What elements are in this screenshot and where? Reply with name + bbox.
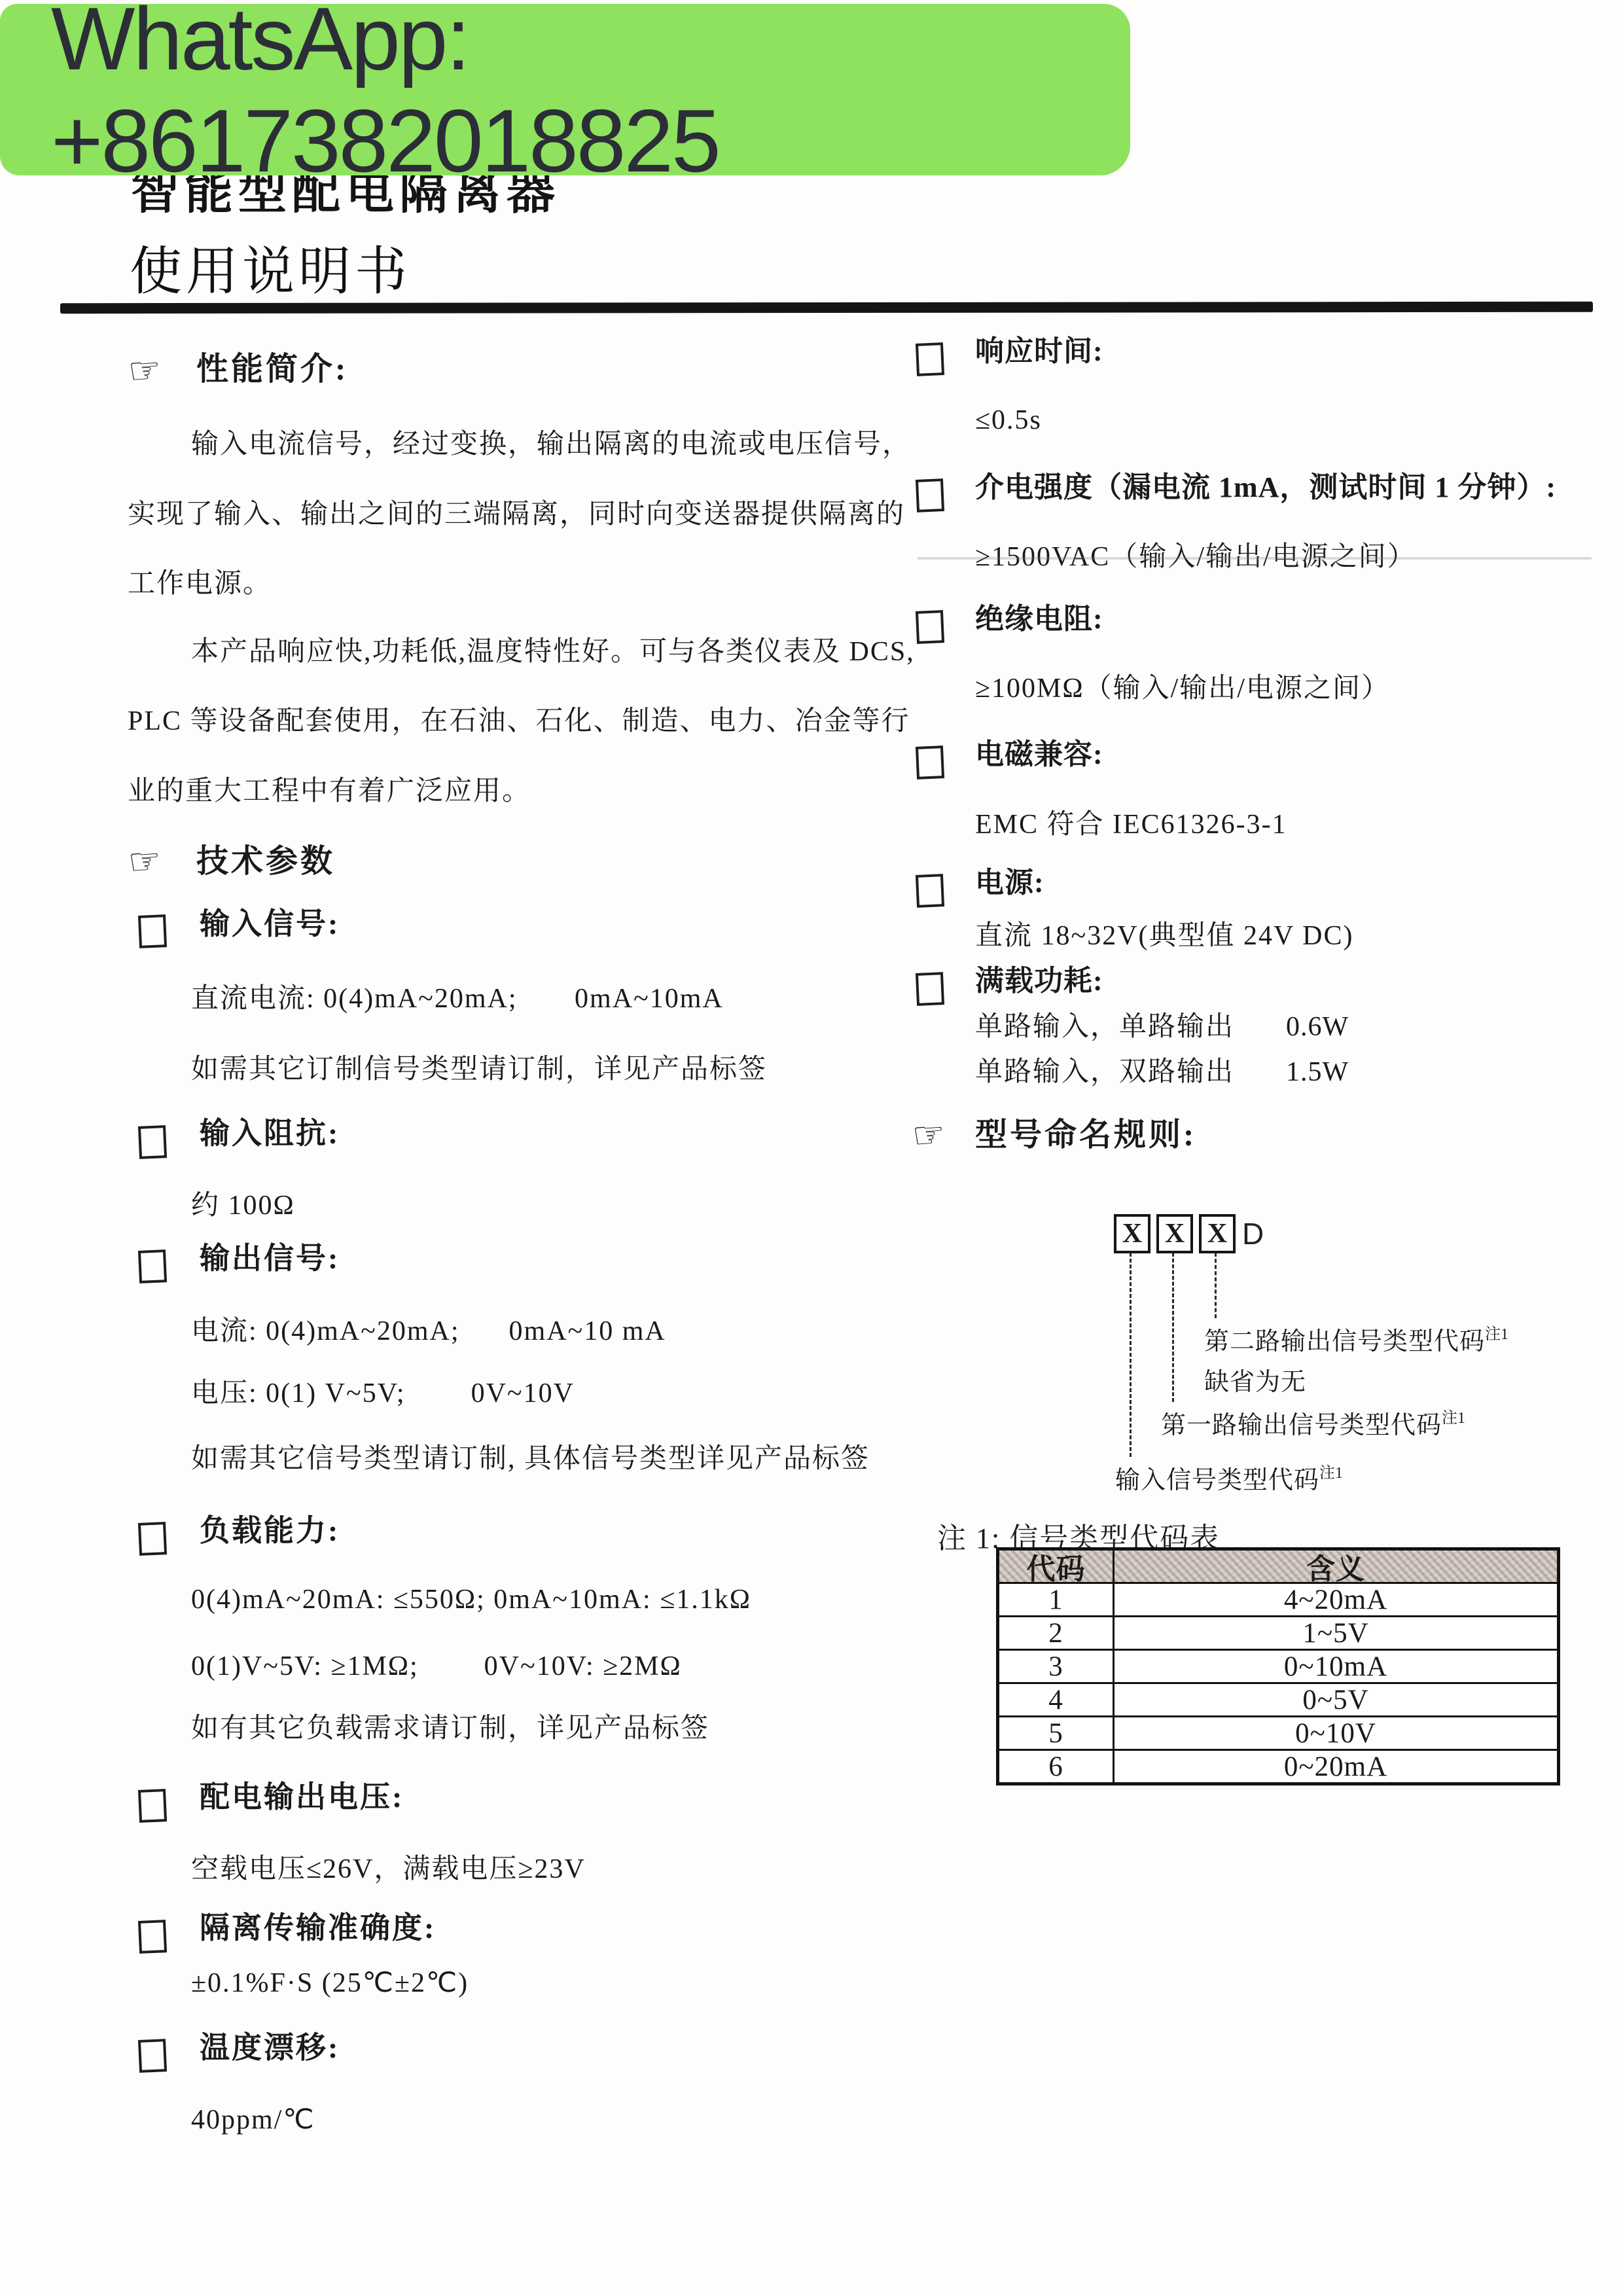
hand-icon: ☞	[127, 348, 163, 393]
table-cell-meaning: 4~20mA	[1115, 1584, 1557, 1617]
section-heading-performance: 性能简介:	[196, 351, 348, 387]
performance-line: 输入电流信号，经过变换，输出隔离的电流或电压信号，	[191, 429, 911, 460]
checkbox-icon	[916, 610, 944, 644]
table-cell-code: 5	[999, 1717, 1115, 1751]
section-heading-tech-params: 技术参数	[196, 843, 335, 880]
model-code-box: X	[1199, 1214, 1236, 1253]
spec-label: 输入信号:	[200, 907, 340, 942]
table-cell-meaning: 0~10V	[1115, 1717, 1557, 1751]
whatsapp-banner: WhatsApp: +8617382018825	[0, 4, 1130, 175]
spec-line: 40ppm/℃	[191, 2104, 315, 2136]
spec-line: 单路输入，双路输出	[975, 1056, 1234, 1088]
spec-value: 1.5W	[1286, 1056, 1349, 1088]
checkbox-icon	[916, 972, 944, 1006]
table-cell-meaning: 0~5V	[1115, 1684, 1557, 1717]
spec-line: EMC 符合 IEC61326-3-1	[975, 809, 1287, 840]
diagram-label-input: 输入信号类型代码注1	[1115, 1460, 1343, 1496]
diagram-label-text: 第一路输出信号类型代码	[1161, 1412, 1442, 1439]
spec-label: 绝缘电阻:	[975, 603, 1103, 636]
spec-line: 如需其它信号类型请订制, 具体信号类型详见产品标签	[191, 1443, 870, 1475]
spec-value: 0.6W	[1286, 1011, 1349, 1043]
table-header-meaning: 含义	[1115, 1551, 1557, 1584]
spec-label: 配电输出电压:	[200, 1780, 404, 1815]
spec-line: 直流 18~32V(典型值 24V DC)	[975, 920, 1353, 952]
performance-line: 业的重大工程中有着广泛应用。	[128, 776, 531, 807]
checkbox-icon	[138, 1920, 167, 1954]
hand-icon: ☞	[911, 1113, 947, 1157]
diagram-label-default-none: 缺省为无	[1204, 1361, 1306, 1397]
model-code-box: X	[1114, 1214, 1150, 1253]
performance-line: 本产品响应快,功耗低,温度特性好。可与各类仪表及 DCS,	[191, 636, 915, 668]
diagram-leader-line	[1130, 1253, 1132, 1457]
spec-label: 隔离传输准确度:	[200, 1911, 436, 1946]
spec-label: 介电强度（漏电流 1mA，测试时间 1 分钟）:	[975, 471, 1556, 505]
table-cell-code: 1	[999, 1584, 1115, 1617]
scan-streak-artifact	[918, 557, 1592, 560]
spec-label: 负载能力:	[200, 1514, 340, 1549]
section-heading-model-naming: 型号命名规则:	[975, 1117, 1196, 1153]
spec-line: ≤0.5s	[975, 404, 1042, 436]
checkbox-icon	[138, 1125, 167, 1159]
spec-label: 电磁兼容:	[975, 738, 1103, 772]
spec-line: 约 100Ω	[191, 1190, 295, 1221]
table-cell-code: 4	[999, 1684, 1115, 1717]
table-cell-code: 6	[999, 1751, 1115, 1782]
spec-label: 输入阻抗:	[200, 1117, 340, 1151]
diagram-label-first-output: 第一路输出信号类型代码注1	[1161, 1405, 1465, 1441]
checkbox-icon	[138, 1789, 167, 1823]
hand-icon: ☞	[127, 839, 163, 884]
table-cell-meaning: 1~5V	[1115, 1617, 1557, 1651]
diagram-label-text: 第二路输出信号类型代码	[1204, 1328, 1485, 1355]
spec-line: 如需其它订制信号类型请订制，详见产品标签	[191, 1054, 767, 1085]
checkbox-icon	[916, 874, 944, 908]
checkbox-icon	[138, 914, 167, 948]
checkbox-icon	[916, 478, 944, 512]
model-suffix-d: D	[1242, 1216, 1264, 1251]
spec-line: 单路输入，单路输出	[975, 1011, 1234, 1043]
spec-label: 满载功耗:	[975, 965, 1103, 998]
doc-title: 使用说明书	[130, 229, 411, 304]
note-superscript: 注1	[1319, 1465, 1343, 1482]
performance-line: 实现了输入、输出之间的三端隔离，同时向变送器提供隔离的	[128, 499, 905, 530]
whatsapp-number-text: WhatsApp: +8617382018825	[0, 0, 1130, 192]
spec-line: 0(1)V~5V: ≥1MΩ; 0V~10V: ≥2MΩ	[191, 1651, 682, 1682]
spec-line: ±0.1%F·S (25℃±2℃)	[191, 1967, 469, 1999]
spec-line: ≥100MΩ（输入/输出/电源之间）	[975, 673, 1390, 704]
diagram-leader-line	[1172, 1253, 1174, 1402]
table-cell-code: 2	[999, 1617, 1115, 1651]
checkbox-icon	[138, 1522, 167, 1556]
signal-code-table: 代码 含义 1 4~20mA 2 1~5V 3 0~10mA 4 0~5V 5 …	[996, 1547, 1560, 1785]
performance-line: PLC 等设备配套使用，在石油、石化、制造、电力、冶金等行	[128, 706, 910, 737]
spec-label: 响应时间:	[975, 335, 1103, 368]
spec-line: 电流: 0(4)mA~20mA; 0mA~10 mA	[191, 1316, 666, 1347]
spec-line: 0(4)mA~20mA: ≤550Ω; 0mA~10mA: ≤1.1kΩ	[191, 1584, 751, 1615]
diagram-label-text: 输入信号类型代码	[1115, 1467, 1319, 1494]
spec-line: 直流电流: 0(4)mA~20mA; 0mA~10mA	[191, 983, 724, 1014]
note-superscript: 注1	[1442, 1410, 1465, 1427]
checkbox-icon	[916, 342, 944, 376]
model-code-box: X	[1156, 1214, 1193, 1253]
spec-line: 电压: 0(1) V~5V; 0V~10V	[191, 1378, 575, 1409]
table-cell-meaning: 0~10mA	[1115, 1651, 1557, 1684]
diagram-leader-line	[1215, 1253, 1217, 1318]
checkbox-icon	[138, 1249, 167, 1283]
spec-label: 输出信号:	[200, 1242, 340, 1276]
performance-line: 工作电源。	[128, 568, 272, 600]
spec-line: 空载电压≤26V，满载电压≥23V	[191, 1854, 586, 1885]
table-header-code: 代码	[999, 1551, 1115, 1584]
checkbox-icon	[916, 745, 944, 780]
spec-line: 如有其它负载需求请订制，详见产品标签	[191, 1713, 709, 1744]
scanned-manual-page: { "banner": { "text": "WhatsApp: +861738…	[0, 0, 1623, 2296]
spec-label: 电源:	[975, 867, 1044, 900]
table-cell-meaning: 0~20mA	[1115, 1751, 1557, 1782]
table-cell-code: 3	[999, 1651, 1115, 1684]
diagram-label-second-output: 第二路输出信号类型代码注1	[1204, 1321, 1508, 1357]
spec-label: 温度漂移:	[200, 2031, 340, 2066]
checkbox-icon	[138, 2039, 167, 2073]
note-superscript: 注1	[1485, 1326, 1508, 1343]
